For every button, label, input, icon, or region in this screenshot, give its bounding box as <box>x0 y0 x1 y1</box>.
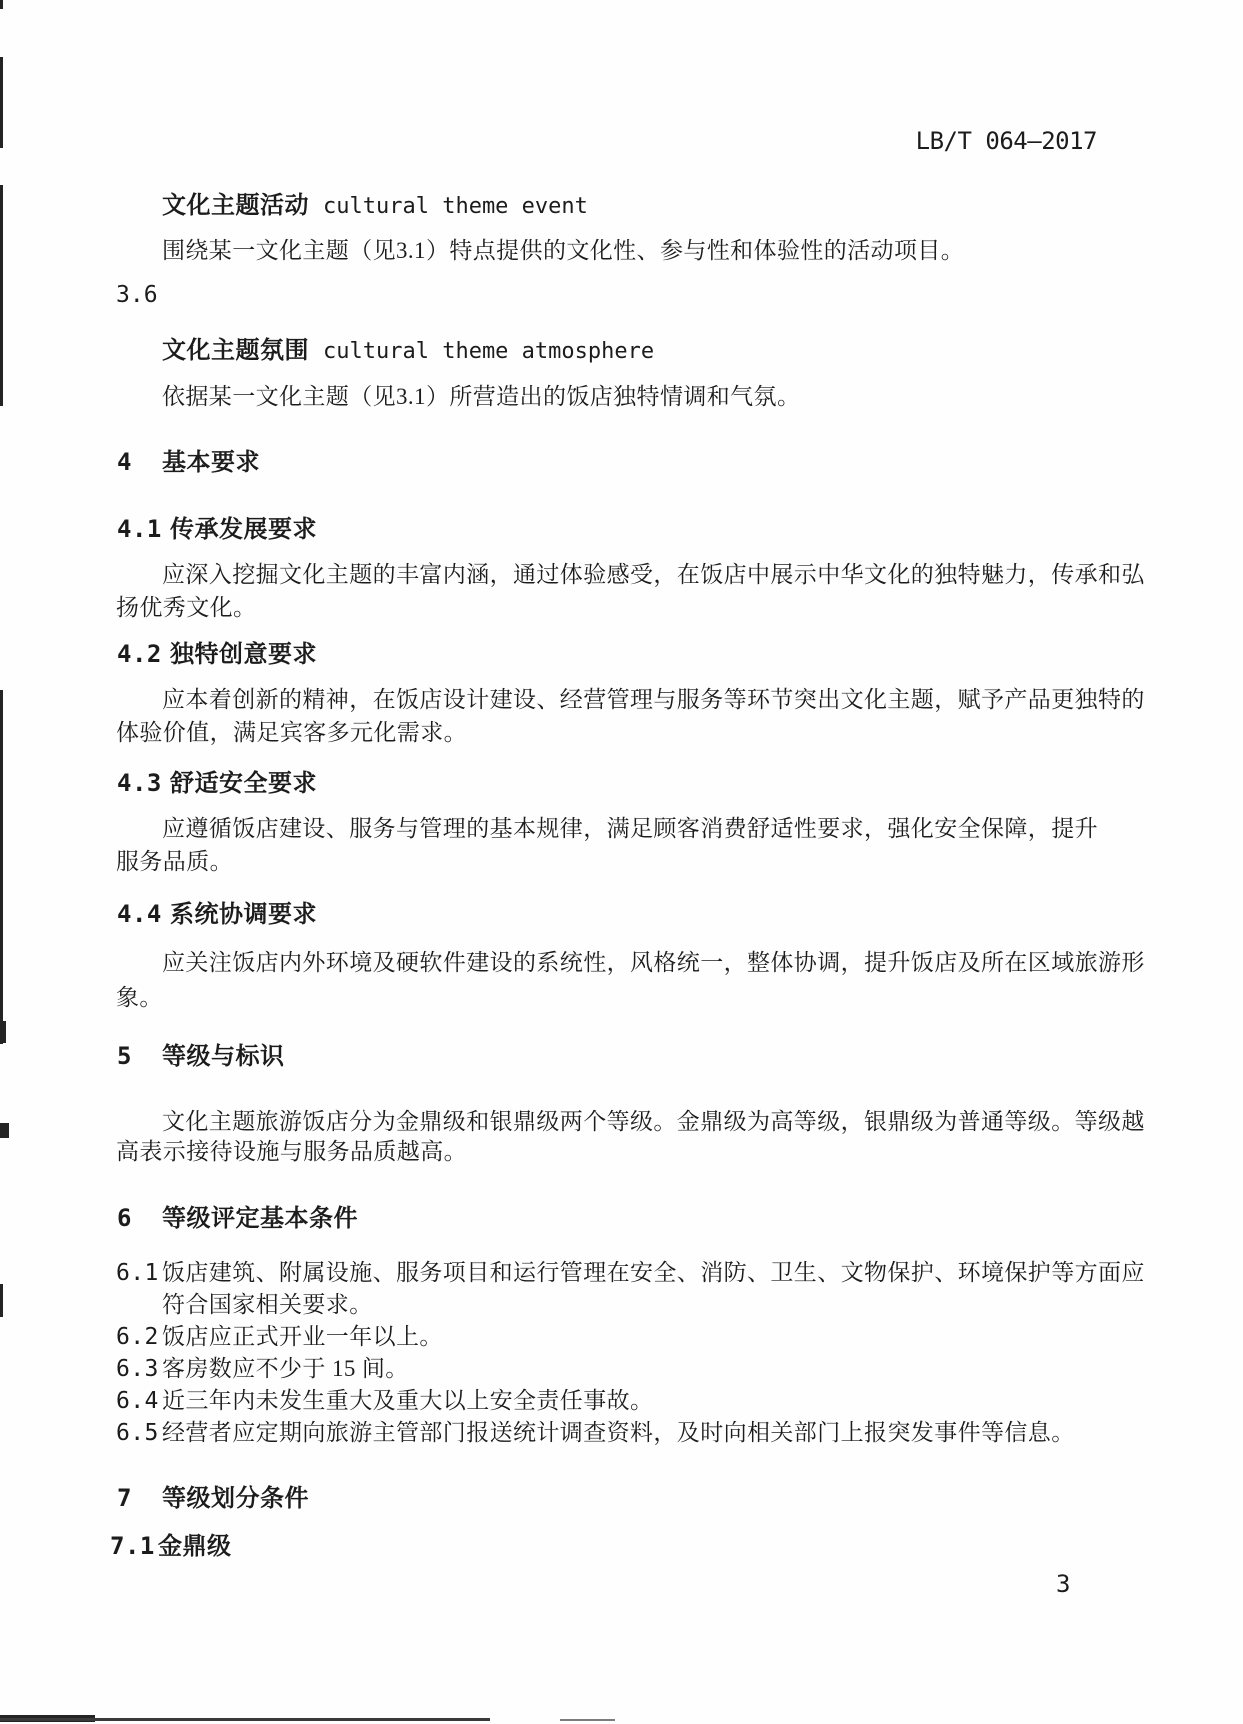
scan-artifact-left-bar <box>0 57 3 148</box>
scan-artifact-left-bar <box>0 185 3 406</box>
section-title: 等级评定基本条件 <box>162 1204 358 1232</box>
clause-text: 经营者应定期向旅游主管部门报送统计调查资料，及时向相关部门上报突发事件等信息。 <box>162 1420 1075 1445</box>
clause-item: 6.5经营者应定期向旅游主管部门报送统计调查资料，及时向相关部门上报突发事件等信… <box>116 1414 1075 1447</box>
paragraph-line: 体验价值，满足宾客多元化需求。 <box>116 714 467 747</box>
paragraph-line: 应遵循饭店建设、服务与管理的基本规律，满足顾客消费舒适性要求，强化安全保障，提升 <box>162 810 1098 843</box>
clause-number: 6.1 <box>116 1260 162 1286</box>
scan-artifact-left-blob <box>0 1021 6 1043</box>
scan-artifact-left-blob <box>0 1123 9 1138</box>
term-heading: 文化主题氛围cultural theme atmosphere <box>162 330 654 365</box>
scan-artifact-corner-mark <box>0 0 3 9</box>
clause-item: 6.2饭店应正式开业一年以上。 <box>116 1318 443 1351</box>
paragraph-line: 应关注饭店内外环境及硬软件建设的系统性，风格统一，整体协调，提升饭店及所在区域旅… <box>162 944 1145 977</box>
term-clause-number: 3.6 <box>116 282 158 308</box>
subsection-heading: 4.3舒适安全要求 <box>117 763 317 798</box>
subsection-title: 金鼎级 <box>158 1532 232 1560</box>
paragraph-line: 文化主题旅游饭店分为金鼎级和银鼎级两个等级。金鼎级为高等级，银鼎级为普通等级。等… <box>162 1103 1145 1136</box>
subsection-heading: 4.2独特创意要求 <box>117 634 317 669</box>
term-zh: 文化主题氛围 <box>162 336 309 364</box>
section-heading: 4基本要求 <box>117 442 260 477</box>
clause-item: 6.1饭店建筑、附属设施、服务项目和运行管理在安全、消防、卫生、文物保护、环境保… <box>116 1254 1145 1287</box>
clause-text: 近三年内未发生重大及重大以上安全责任事故。 <box>162 1388 653 1413</box>
clause-text: 客房数应不少于 15 间。 <box>162 1356 409 1381</box>
clause-number: 6.4 <box>116 1388 162 1414</box>
clause-text: 饭店应正式开业一年以上。 <box>162 1324 443 1349</box>
section-number: 6 <box>117 1204 162 1232</box>
clause-number: 6.5 <box>116 1420 162 1446</box>
paragraph-line: 象。 <box>116 979 163 1012</box>
subsection-heading: 7.1金鼎级 <box>110 1526 232 1561</box>
term-heading: 文化主题活动cultural theme event <box>162 185 588 220</box>
section-title: 等级划分条件 <box>162 1484 309 1512</box>
paragraph-line: 应本着创新的精神，在饭店设计建设、经营管理与服务等环节突出文化主题，赋予产品更独… <box>162 681 1145 714</box>
subsection-title: 舒适安全要求 <box>170 769 317 797</box>
clause-number: 6.3 <box>116 1356 162 1382</box>
clause-item: 6.3客房数应不少于 15 间。 <box>116 1350 409 1383</box>
clause-continuation: 符合国家相关要求。 <box>162 1286 373 1319</box>
page-number: 3 <box>1056 1570 1070 1598</box>
scan-artifact-bottom-speck <box>560 1719 615 1721</box>
section-number: 4 <box>117 448 162 476</box>
scan-artifact-left-bar <box>0 690 3 1044</box>
clause-item: 6.4近三年内未发生重大及重大以上安全责任事故。 <box>116 1382 653 1415</box>
subsection-title: 传承发展要求 <box>170 515 317 543</box>
subsection-heading: 4.4系统协调要求 <box>117 894 317 929</box>
clause-text: 饭店建筑、附属设施、服务项目和运行管理在安全、消防、卫生、文物保护、环境保护等方… <box>162 1260 1145 1285</box>
section-number: 5 <box>117 1042 162 1070</box>
term-definition: 依据某一文化主题（见3.1）所营造出的饭店独特情调和气氛。 <box>162 378 800 411</box>
section-heading: 5等级与标识 <box>117 1036 285 1071</box>
paragraph-line: 服务品质。 <box>116 843 233 876</box>
term-definition: 围绕某一文化主题（见3.1）特点提供的文化性、参与性和体验性的活动项目。 <box>162 232 964 265</box>
doc-code: LB/T 064—2017 <box>916 127 1097 155</box>
subsection-title: 系统协调要求 <box>170 900 317 928</box>
paragraph-line: 高表示接待设施与服务品质越高。 <box>116 1133 467 1166</box>
term-zh: 文化主题活动 <box>162 191 309 219</box>
subsection-title: 独特创意要求 <box>170 640 317 668</box>
subsection-number: 4.1 <box>117 515 170 543</box>
section-heading: 7等级划分条件 <box>117 1478 309 1513</box>
scan-artifact-bottom-line <box>0 1718 490 1721</box>
clause-number: 6.2 <box>116 1324 162 1350</box>
section-heading: 6等级评定基本条件 <box>117 1198 358 1233</box>
term-en: cultural theme event <box>323 194 588 219</box>
subsection-heading: 4.1传承发展要求 <box>117 509 317 544</box>
section-number: 7 <box>117 1484 162 1512</box>
subsection-number: 4.3 <box>117 769 170 797</box>
section-title: 基本要求 <box>162 448 260 476</box>
scan-artifact-left-bar <box>0 1284 3 1317</box>
term-en: cultural theme atmosphere <box>323 339 654 364</box>
section-title: 等级与标识 <box>162 1042 285 1070</box>
paragraph-line: 扬优秀文化。 <box>116 589 256 622</box>
paragraph-line: 应深入挖掘文化主题的丰富内涵，通过体验感受，在饭店中展示中华文化的独特魅力，传承… <box>162 556 1145 589</box>
scanned-document-page: LB/T 064—2017 文化主题活动cultural theme event… <box>0 0 1243 1724</box>
subsection-number: 4.4 <box>117 900 170 928</box>
subsection-number: 7.1 <box>110 1532 158 1560</box>
subsection-number: 4.2 <box>117 640 170 668</box>
